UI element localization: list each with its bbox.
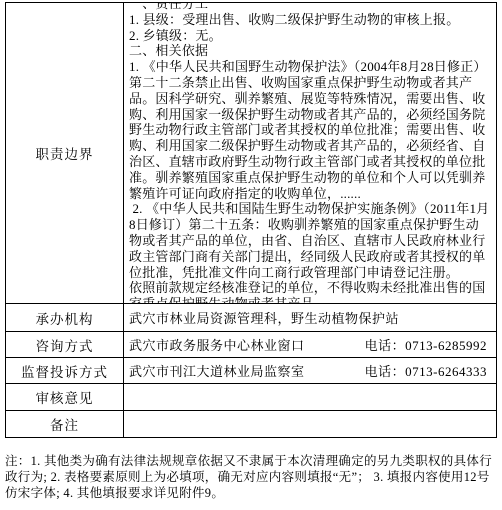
document-page: 职责边界 一、责任分工 1. 县级：受理出售、收购二级保护野生动物的审核上报。 …	[0, 0, 502, 510]
table-row-handling-agency: 承办机构 武穴市林业局资源管理科，野生动植物保护站	[6, 303, 496, 331]
table-row-responsibility-boundary: 职责边界 一、责任分工 1. 县级：受理出售、收购二级保护野生动物的审核上报。 …	[6, 3, 496, 303]
complaint-phone-text: 电话：0713-6264333	[365, 361, 487, 380]
row-content-consultation-method: 武穴市政务服务中心林业窗口 电话：0713-6285992	[124, 332, 496, 357]
duty-table: 职责边界 一、责任分工 1. 县级：受理出售、收购二级保护野生动物的审核上报。 …	[5, 2, 497, 438]
row-label-consultation-method: 咨询方式	[6, 332, 124, 357]
footnote: 注：1. 其他类为确有法律法规规章依据又不隶属于本次清理确定的另九类职权的具体行…	[5, 453, 497, 501]
row-content-responsibility-boundary: 一、责任分工 1. 县级：受理出售、收购二级保护野生动物的审核上报。 2. 乡镇…	[124, 3, 496, 303]
row-label-responsibility-boundary: 职责边界	[6, 3, 124, 303]
consultation-phone-text: 电话：0713-6285992	[365, 335, 487, 354]
table-row-complaint-method: 监督投诉方式 武穴市刊江大道林业局监察室 电话：0713-6264333	[6, 357, 496, 383]
row-label-remarks: 备注	[6, 411, 124, 437]
row-content-remarks	[124, 411, 496, 437]
table-row-consultation-method: 咨询方式 武穴市政务服务中心林业窗口 电话：0713-6285992	[6, 331, 496, 357]
complaint-location-text: 武穴市刊江大道林业局监察室	[129, 361, 305, 380]
responsibility-boundary-text: 一、责任分工 1. 县级：受理出售、收购二级保护野生动物的审核上报。 2. 乡镇…	[129, 3, 492, 303]
table-row-audit-opinion: 审核意见	[6, 383, 496, 410]
row-content-handling-agency: 武穴市林业局资源管理科，野生动植物保护站	[124, 304, 496, 331]
row-label-complaint-method: 监督投诉方式	[6, 358, 124, 383]
row-label-audit-opinion: 审核意见	[6, 384, 124, 410]
table-row-remarks: 备注	[6, 410, 496, 437]
row-content-complaint-method: 武穴市刊江大道林业局监察室 电话：0713-6264333	[124, 358, 496, 383]
handling-agency-text: 武穴市林业局资源管理科，野生动植物保护站	[129, 308, 399, 327]
row-content-audit-opinion	[124, 384, 496, 410]
consultation-location-text: 武穴市政务服务中心林业窗口	[129, 335, 305, 354]
row-label-handling-agency: 承办机构	[6, 304, 124, 331]
